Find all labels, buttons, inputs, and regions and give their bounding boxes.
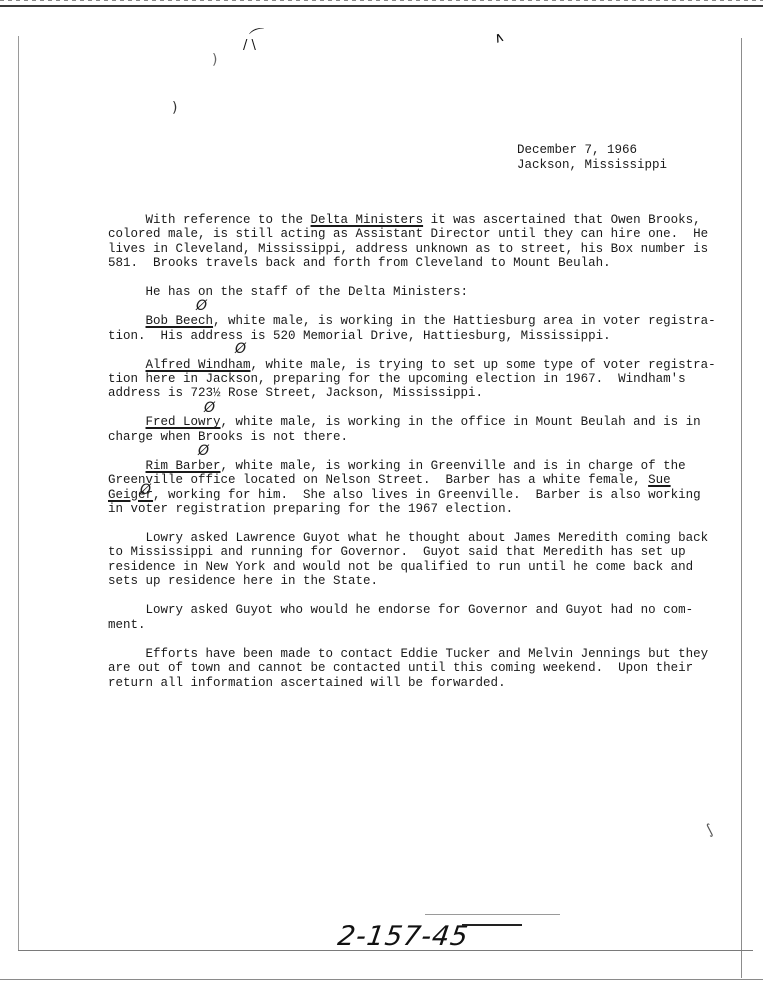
underlined-name: Bob Beech	[146, 314, 214, 328]
paragraph-rim-barber: Rim Barber, white male, is working in Gr…	[108, 459, 668, 517]
text-line: sets up residence here in the State.	[108, 574, 378, 588]
paragraph-alfred-windham: Alfred Windham, white male, is trying to…	[108, 358, 668, 401]
underlined-name: Alfred Windham	[146, 358, 251, 372]
text-line: He has on the staff of the Delta Ministe…	[108, 285, 468, 299]
memo-date: December 7, 1966	[517, 143, 667, 158]
handwritten-mark: ∫	[702, 821, 716, 839]
file-number-rule	[425, 914, 560, 915]
text-line: residence in New York and would not be q…	[108, 560, 693, 574]
underlined-name: Fred Lowry	[146, 415, 221, 429]
underlined-name: Delta Ministers	[311, 213, 424, 227]
text-line: return all information ascertained will …	[108, 676, 506, 690]
text-line: Lowry asked Lawrence Guyot what he thoug…	[108, 531, 708, 545]
top-edge-border	[0, 0, 763, 1]
right-margin-rule	[741, 38, 742, 978]
file-number-underline	[462, 924, 522, 926]
text-line: Lowry asked Guyot who would he endorse f…	[108, 603, 693, 617]
handwritten-file-number: 2-157-45	[336, 921, 471, 952]
handwritten-initial-mark: Ø	[140, 482, 151, 498]
dateline: December 7, 1966 Jackson, Mississippi	[517, 143, 667, 172]
paragraph-staff-intro: He has on the staff of the Delta Ministe…	[108, 285, 668, 299]
paragraph-fred-lowry: Fred Lowry, white male, is working in th…	[108, 415, 668, 444]
text-line: colored male, is still acting as Assista…	[108, 227, 708, 241]
handwritten-mark: / \	[243, 38, 256, 53]
handwritten-initial-mark: Ø	[198, 443, 209, 459]
text-line: are out of town and cannot be contacted …	[108, 661, 693, 675]
handwritten-mark: )	[172, 100, 177, 116]
paragraph-bob-beech: Bob Beech, white male, is working in the…	[108, 314, 668, 343]
paragraph-meredith: Lowry asked Lawrence Guyot what he thoug…	[108, 531, 668, 589]
text-line: Efforts have been made to contact Eddie …	[108, 647, 708, 661]
text-line: 581. Brooks travels back and forth from …	[108, 256, 611, 270]
handwritten-initial-mark: Ø	[235, 341, 246, 357]
text-line: to Mississippi and running for Governor.…	[108, 545, 686, 559]
top-edge-rule	[0, 5, 763, 7]
text-line: address is 723½ Rose Street, Jackson, Mi…	[108, 386, 483, 400]
underlined-name: Rim Barber	[146, 459, 221, 473]
handwritten-mark: )	[212, 52, 217, 68]
left-margin-rule	[18, 36, 19, 951]
text-line: tion. His address is 520 Memorial Drive,…	[108, 329, 611, 343]
text-line: in voter registration preparing for the …	[108, 502, 513, 516]
memo-body: With reference to the Delta Ministers it…	[108, 213, 668, 690]
paragraph-efforts: Efforts have been made to contact Eddie …	[108, 647, 668, 690]
paragraph-endorse: Lowry asked Guyot who would he endorse f…	[108, 603, 668, 632]
handwritten-initial-mark: Ø	[196, 298, 207, 314]
bottom-edge-rule	[0, 979, 763, 980]
text-line: charge when Brooks is not there.	[108, 430, 348, 444]
handwritten-initial-mark: Ø	[204, 400, 215, 416]
memo-location: Jackson, Mississippi	[517, 158, 667, 173]
p1-rest: it was ascertained that Owen Brooks,	[423, 213, 701, 227]
handwritten-mark: ∧	[492, 29, 507, 48]
paragraph-delta-ministers: With reference to the Delta Ministers it…	[108, 213, 668, 271]
text-line: ment.	[108, 618, 146, 632]
underlined-name: Sue	[648, 473, 671, 487]
document-page: ⌒ / \ ) ) ∧ ∫ December 7, 1966 Jackson, …	[0, 0, 763, 990]
text-line: lives in Cleveland, Mississippi, address…	[108, 242, 708, 256]
text-line: tion here in Jackson, preparing for the …	[108, 372, 686, 386]
